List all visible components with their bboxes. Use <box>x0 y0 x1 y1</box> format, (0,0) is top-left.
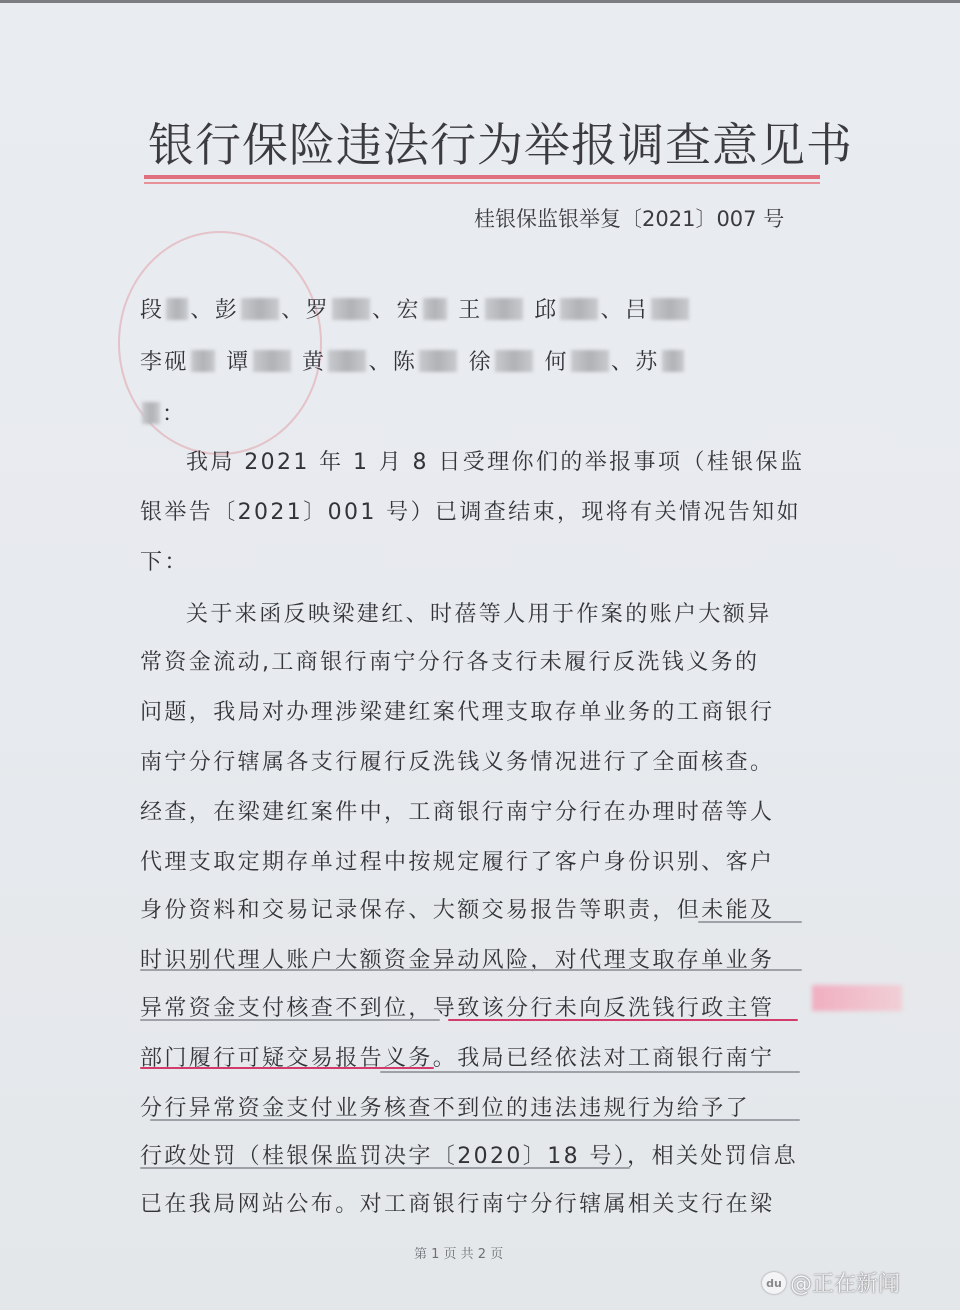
gray-underline <box>150 1119 800 1121</box>
addressee-line-1: 段、彭、罗、宏 王 邱、吕 <box>140 293 691 324</box>
handwritten-annotation-blurred <box>812 985 902 1011</box>
redaction-blur <box>332 298 370 320</box>
addressee-line-2: 李砚 谭 黄、陈 徐 何、苏 <box>140 345 686 376</box>
redaction-blur <box>328 350 366 372</box>
redaction-blur <box>560 298 598 320</box>
body-line: 已在我局网站公布。对工商银行南宁分行辖属相关支行在梁 <box>140 1187 774 1218</box>
gray-underline <box>140 969 802 971</box>
gray-underline <box>380 1071 800 1073</box>
redaction-blur <box>142 402 160 424</box>
gray-underline <box>140 1019 440 1021</box>
redaction-blur <box>419 350 457 372</box>
red-underline <box>140 1067 434 1069</box>
red-underline <box>448 1019 798 1021</box>
redaction-blur <box>485 298 523 320</box>
title-red-rule-thin <box>144 182 820 184</box>
body-line: 行政处罚（桂银保监罚决字〔2020〕18 号），相关处罚信息 <box>140 1139 798 1170</box>
body-line: 关于来函反映梁建红、时蓓等人用于作案的账户大额异 <box>186 597 772 628</box>
title-red-rule <box>144 175 820 179</box>
addressee-line-3: ： <box>140 397 186 428</box>
redaction-blur <box>571 350 609 372</box>
body-line: 我局 2021 年 1 月 8 日受理你们的举报事项（桂银保监 <box>186 445 804 476</box>
body-line: 南宁分行辖属各支行履行反洗钱义务情况进行了全面核查。 <box>140 745 774 776</box>
body-line: 常资金流动,工商银行南宁分行各支行未履行反洗钱义务的 <box>140 645 759 676</box>
body-line: 代理支取定期存单过程中按规定履行了客户身份识别、客户 <box>140 845 774 876</box>
baidu-paw-icon: du <box>762 1272 786 1294</box>
source-watermark: du @正在新闻 <box>762 1267 900 1298</box>
document-page: 银行保险违法行为举报调查意见书 桂银保监银举复〔2021〕007 号 段、彭、罗… <box>0 0 960 1310</box>
redaction-blur <box>423 298 447 320</box>
body-line: 异常资金支付核查不到位，导致该分行未向反洗钱行政主管 <box>140 991 774 1022</box>
redaction-blur <box>495 350 533 372</box>
body-line: 分行异常资金支付业务核查不到位的违法违规行为给予了 <box>140 1091 750 1122</box>
watermark-text: @正在新闻 <box>790 1267 900 1298</box>
redaction-blur <box>241 298 279 320</box>
redaction-blur <box>651 298 689 320</box>
body-line: 身份资料和交易记录保存、大额交易报告等职责，但未能及 <box>140 893 774 924</box>
document-number: 桂银保监银举复〔2021〕007 号 <box>474 203 784 233</box>
gray-underline <box>698 921 802 923</box>
gray-underline <box>140 1167 630 1169</box>
redaction-blur <box>166 298 188 320</box>
body-line: 问题，我局对办理涉梁建红案代理支取存单业务的工商银行 <box>140 695 774 726</box>
document-title: 银行保险违法行为举报调查意见书 <box>148 109 808 175</box>
redaction-blur <box>662 350 684 372</box>
redaction-blur <box>253 350 291 372</box>
body-line: 下： <box>140 545 189 576</box>
redaction-blur <box>191 350 215 372</box>
body-line: 经查，在梁建红案件中，工商银行南宁分行在办理时蓓等人 <box>140 795 774 826</box>
page-number-footer: 第 1 页 共 2 页 <box>414 1243 503 1262</box>
body-line: 银举告〔2021〕001 号）已调查结束，现将有关情况告知如 <box>140 495 801 526</box>
